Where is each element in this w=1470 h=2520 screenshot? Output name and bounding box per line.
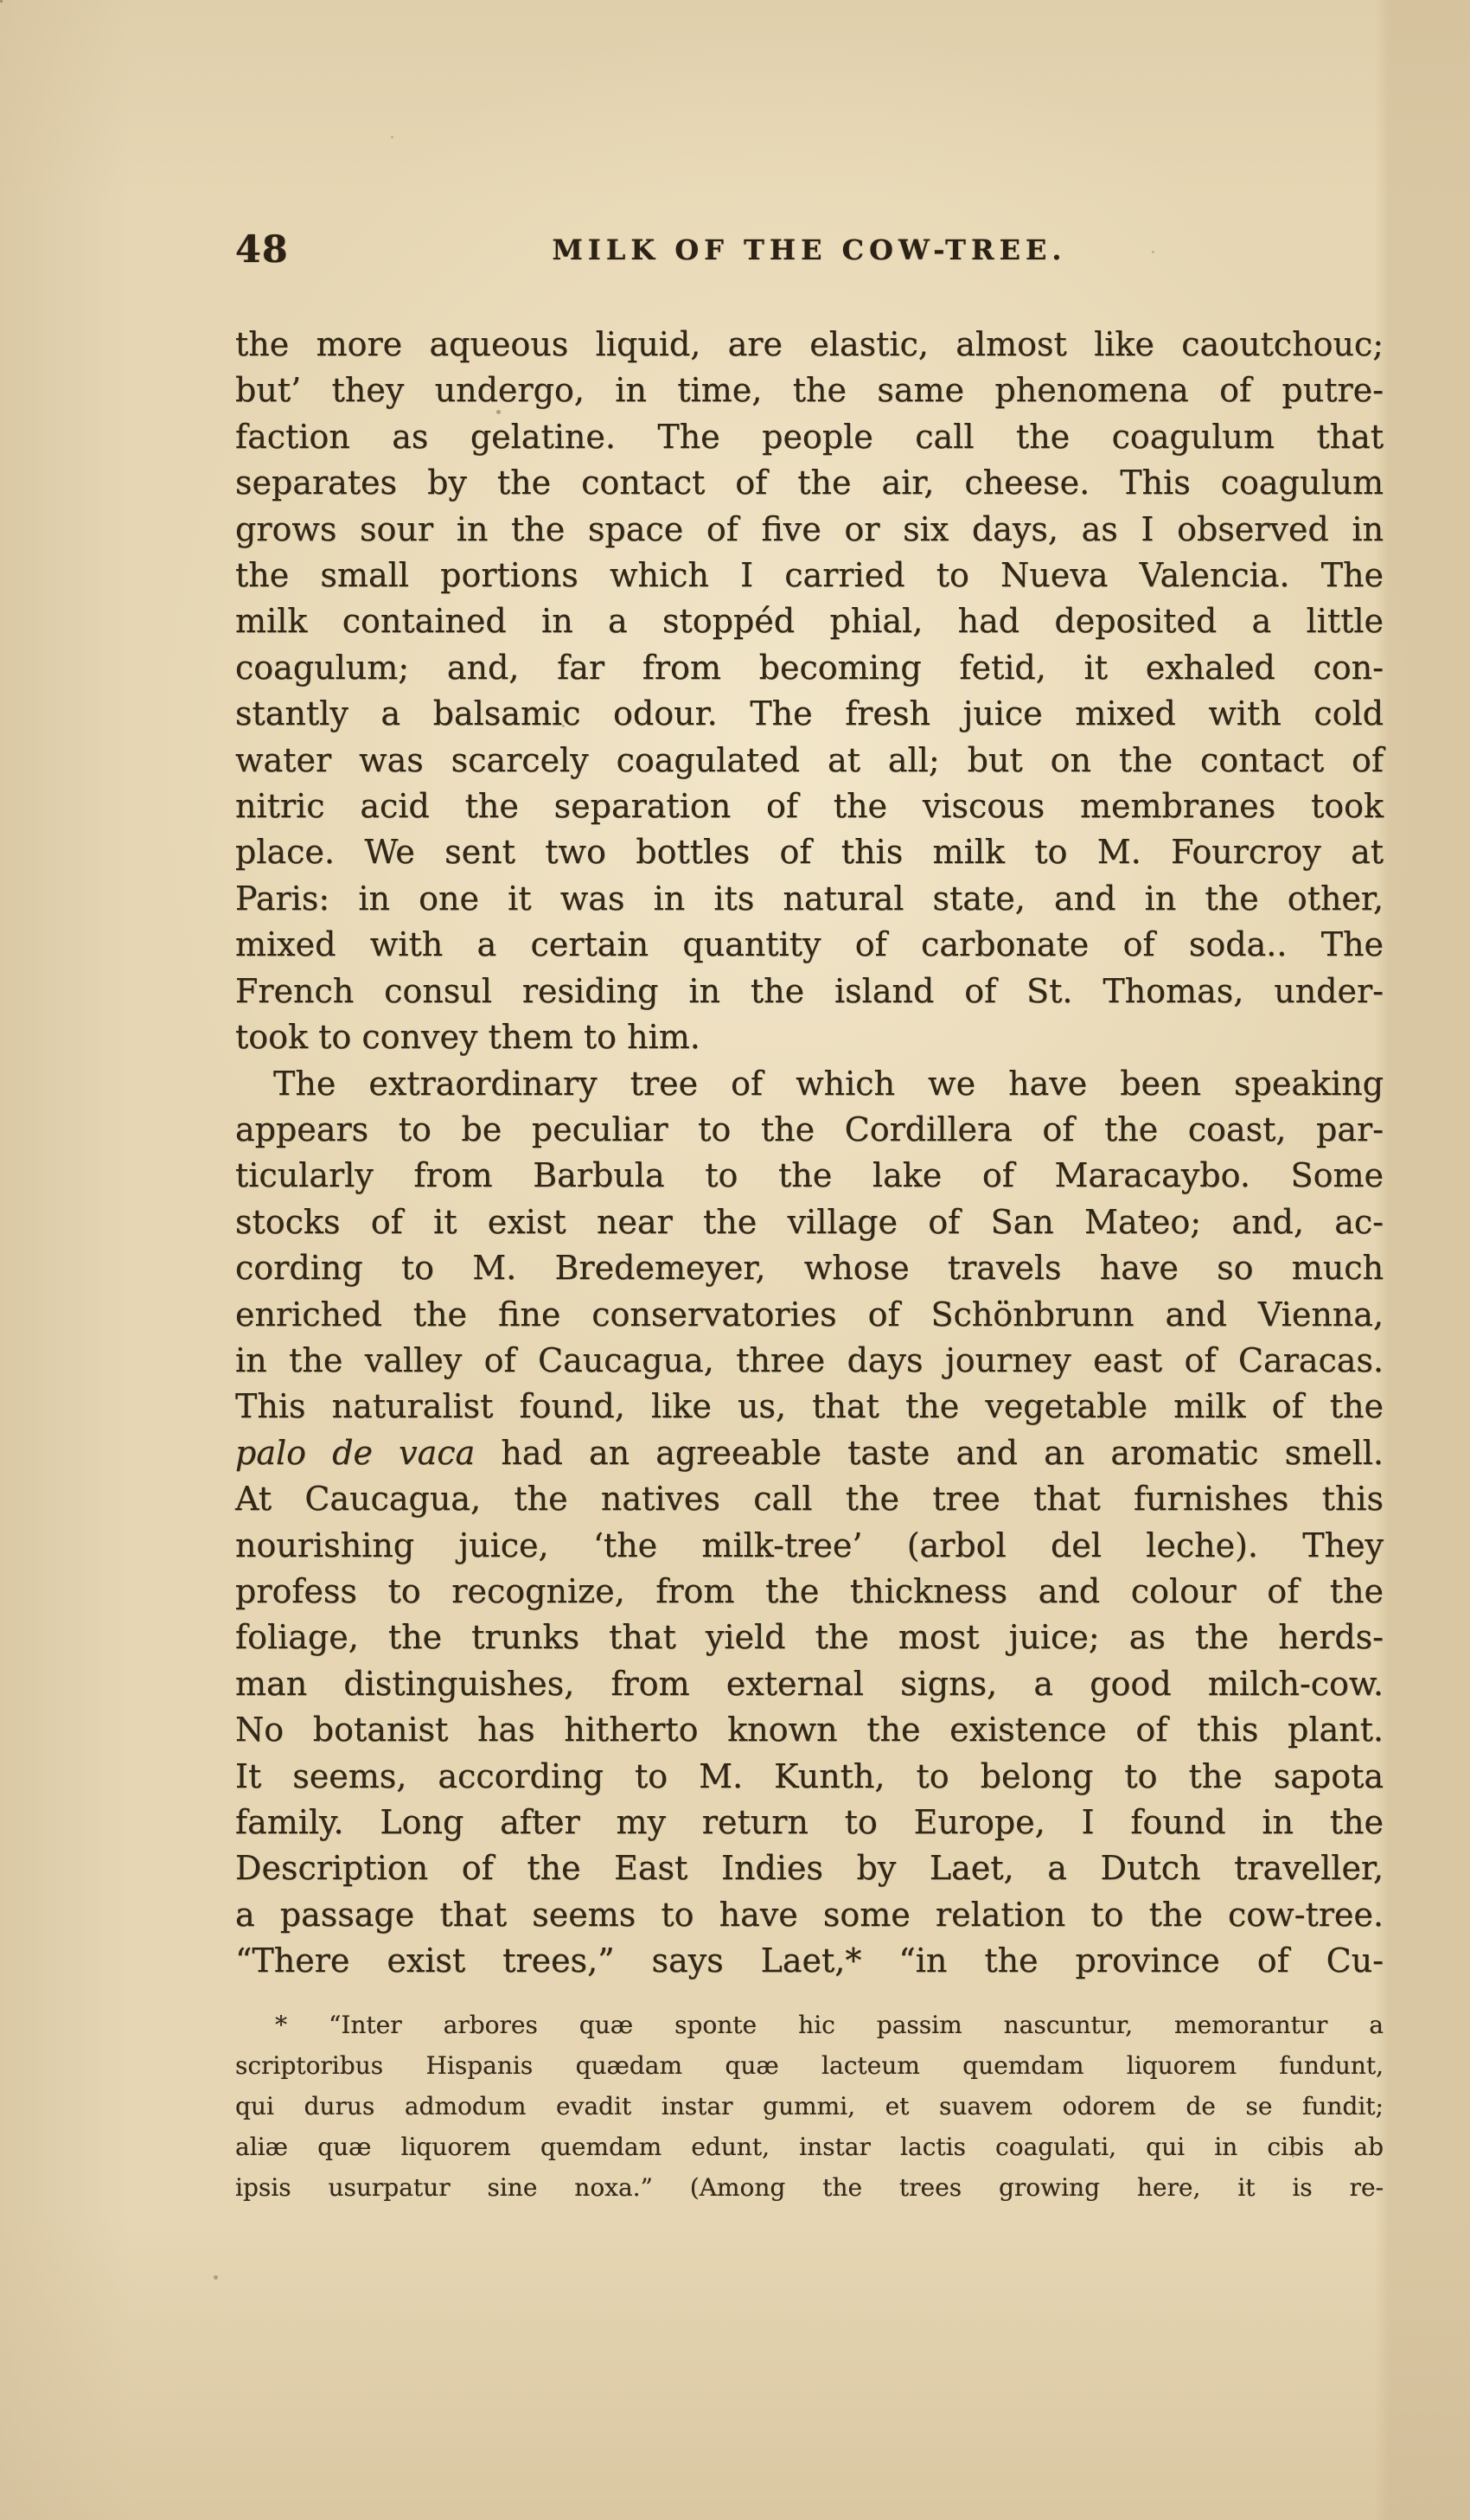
footnote-line: * “Inter arbores quæ sponte hic passim n… [235,2005,1384,2045]
body-line: “There exist trees,” says Laet,* “in the… [235,1938,1384,1984]
body-line: family. Long after my return to Europe, … [235,1800,1384,1845]
page-header: 48 MILK OF THE COW-TREE. [235,233,1384,285]
body-line: nitric acid the separation of the viscou… [235,784,1384,829]
body-line: stocks of it exist near the village of S… [235,1199,1384,1245]
body-line: separates by the contact of the air, che… [235,460,1384,506]
body-line: Paris: in one it was in its natural stat… [235,876,1384,922]
body-line: cording to M. Bredemeyer, whose travels … [235,1245,1384,1291]
body-line: palo de vaca had an agreeable taste and … [235,1430,1384,1476]
footnote-line: aliæ quæ liquorem quemdam edunt, instar … [235,2127,1384,2167]
body-line: the more aqueous liquid, are elastic, al… [235,322,1384,368]
body-line: water was scarcely coagulated at all; bu… [235,738,1384,784]
paper-specks [0,0,3,3]
page-number: 48 [235,228,289,272]
body-line: enriched the fine conservatories of Schö… [235,1292,1384,1338]
body-line: At Caucagua, the natives call the tree t… [235,1476,1384,1522]
body-line: Description of the East Indies by Laet, … [235,1845,1384,1891]
body-line: French consul residing in the island of … [235,969,1384,1014]
body-line: man distinguishes, from external signs, … [235,1661,1384,1707]
body-line: No botanist has hitherto known the exist… [235,1707,1384,1753]
body-line: a passage that seems to have some relati… [235,1892,1384,1938]
body-line: profess to recognize, from the thickness… [235,1569,1384,1615]
running-title: MILK OF THE COW-TREE. [235,233,1384,266]
footnote-line: ipsis usurpatur sine noxa.” (Among the t… [235,2167,1384,2208]
body-line: but’ they undergo, in time, the same phe… [235,368,1384,413]
body-line: It seems, according to M. Kunth, to belo… [235,1754,1384,1800]
body-line: took to convey them to him. [235,1014,1384,1060]
body-line: milk contained in a stoppéd phial, had d… [235,598,1384,644]
footnote: * “Inter arbores quæ sponte hic passim n… [235,2005,1384,2208]
body-line: This naturalist found, like us, that the… [235,1384,1384,1429]
body-line: faction as gelatine. The people call the… [235,414,1384,460]
body-line: The extraordinary tree of which we have … [235,1061,1384,1107]
footnote-line: scriptoribus Hispanis quædam quæ lacteum… [235,2045,1384,2086]
body-line: appears to be peculiar to the Cordillera… [235,1107,1384,1153]
body-line: mixed with a certain quantity of carbona… [235,922,1384,968]
footnote-line: qui durus admodum evadit instar gummi, e… [235,2086,1384,2127]
body-text: the more aqueous liquid, are elastic, al… [235,322,1384,1985]
body-line: foliage, the trunks that yield the most … [235,1615,1384,1660]
body-line: ticularly from Barbula to the lake of Ma… [235,1153,1384,1199]
body-line: the small portions which I carried to Nu… [235,553,1384,598]
body-line: nourishing juice, ‘the milk-tree’ (arbol… [235,1523,1384,1569]
body-line: stantly a balsamic odour. The fresh juic… [235,691,1384,737]
body-line: grows sour in the space of five or six d… [235,507,1384,553]
body-line: in the valley of Caucagua, three days jo… [235,1338,1384,1384]
body-line: place. We sent two bottles of this milk … [235,829,1384,875]
body-line: coagulum; and, far from becoming fetid, … [235,645,1384,691]
